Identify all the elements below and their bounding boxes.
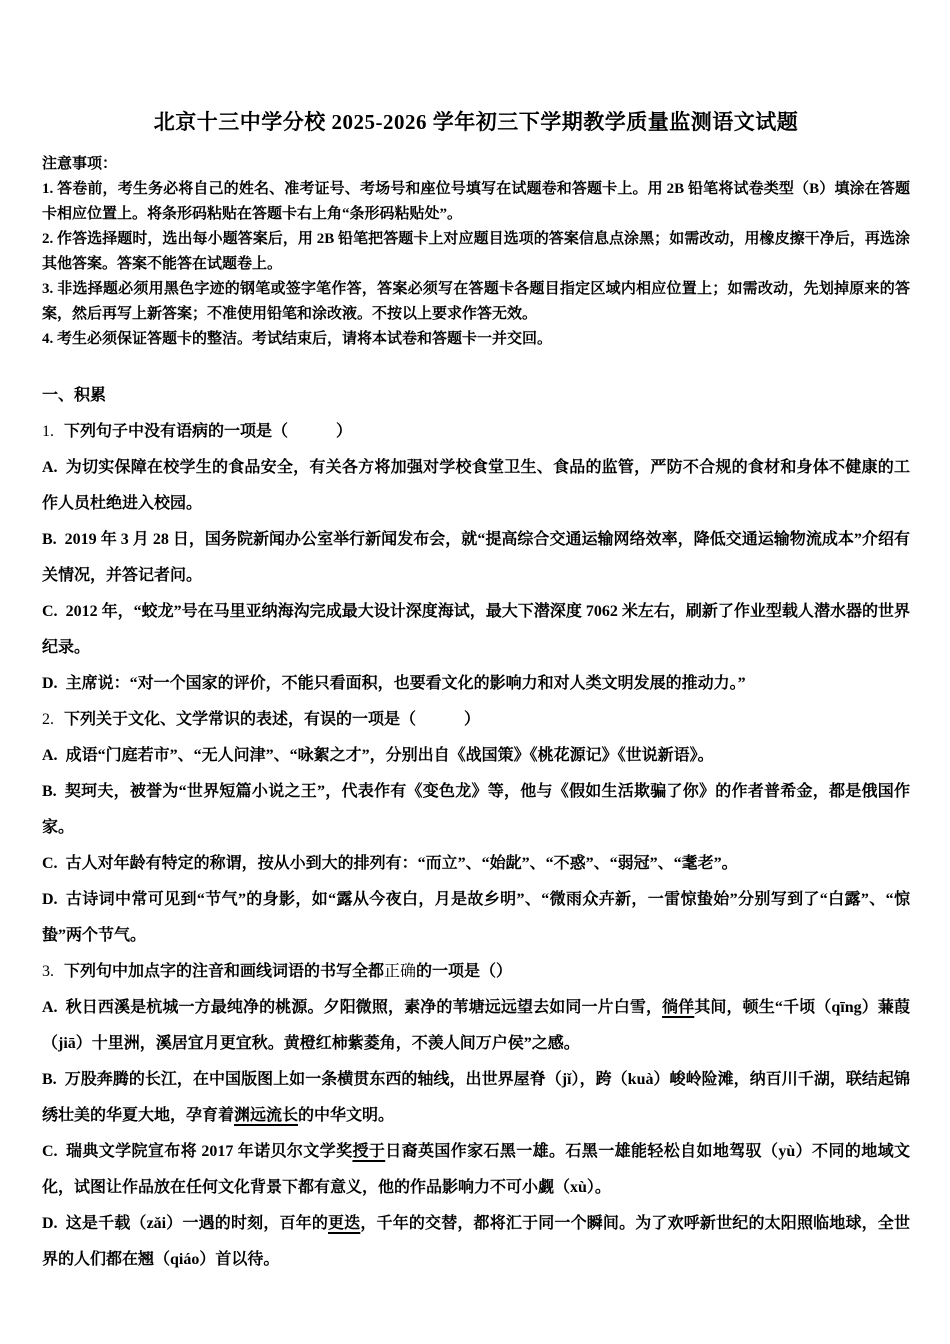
question-3-stem: 3.下列句中加点字的注音和画线词语的书写全都正确的一项是（） — [42, 954, 910, 990]
question-1-stem: 1.下列句子中没有语病的一项是（ ） — [42, 414, 910, 450]
option-b-text: 2019 年 3 月 28 日，国务院新闻办公室举行新闻发布会，就“提高综合交通… — [42, 531, 910, 584]
option-a-text: 成语“门庭若市”、“无人问津”、“咏絮之才”，分别出自《战国策》《桃花源记》《世… — [66, 747, 714, 764]
question-2-option-d: D.古诗词中常可见到“节气”的身影，如“露从今夜白，月是故乡明”、“微雨众卉新，… — [42, 882, 910, 954]
option-d-text: 古诗词中常可见到“节气”的身影，如“露从今夜白，月是故乡明”、“微雨众卉新，一雷… — [42, 891, 910, 944]
option-b-label: B. — [42, 1071, 57, 1088]
notice-item-1: 1. 答卷前，考生务必将自己的姓名、准考证号、考场号和座位号填写在试题卷和答题卡… — [42, 177, 910, 227]
option-a-label: A. — [42, 999, 58, 1016]
question-2-option-a: A.成语“门庭若市”、“无人问津”、“咏絮之才”，分别出自《战国策》《桃花源记》… — [42, 738, 910, 774]
notice-item-4: 4. 考生必须保证答题卡的整洁。考试结束后，请将本试卷和答题卡一并交回。 — [42, 327, 910, 352]
question-2-stem: 2.下列关于文化、文学常识的表述，有误的一项是（ ） — [42, 702, 910, 738]
question-3-number: 3. — [42, 963, 54, 980]
option-b-text: 契珂夫，被誉为“世界短篇小说之王”，代表作有《变色龙》等，他与《假如生活欺骗了你… — [42, 783, 910, 836]
option-a-text: 为切实保障在校学生的食品安全，有关各方将加强对学校食堂卫生、食品的监管，严防不合… — [42, 459, 910, 512]
question-3-stem-text: 下列句中加点字的注音和画线词语的书写全都正确的一项是（） — [64, 963, 512, 980]
question-3-option-b: B.万股奔腾的长江，在中国版图上如一条横贯东西的轴线，出世界屋脊（jǐ），跨（k… — [42, 1062, 910, 1134]
question-3-option-c: C.瑞典文学院宣布将 2017 年诺贝尔文学奖授于日裔英国作家石黑一雄。石黑一雄… — [42, 1134, 910, 1206]
question-1-option-c: C.2012 年，“蛟龙”号在马里亚纳海沟完成最大设计深度海试，最大下潜深度 7… — [42, 594, 910, 666]
page-title: 北京十三中学分校 2025-2026 学年初三下学期教学质量监测语文试题 — [42, 108, 910, 136]
question-1-stem-text: 下列句子中没有语病的一项是（ ） — [64, 423, 352, 440]
question-2-number: 2. — [42, 711, 54, 728]
option-b-label: B. — [42, 531, 57, 548]
option-c-label: C. — [42, 603, 58, 620]
option-d-text: 这是千载（zǎi）一遇的时刻，百年的更迭，千年的交替，都将汇于同一个瞬间。为了欢… — [42, 1215, 910, 1268]
option-a-label: A. — [42, 747, 58, 764]
option-d-label: D. — [42, 891, 58, 908]
option-d-label: D. — [42, 675, 58, 692]
option-d-text: 主席说：“对一个国家的评价，不能只看面积，也要看文化的影响力和对人类文明发展的推… — [66, 675, 746, 692]
question-1-option-b: B.2019 年 3 月 28 日，国务院新闻办公室举行新闻发布会，就“提高综合… — [42, 522, 910, 594]
option-c-text: 瑞典文学院宣布将 2017 年诺贝尔文学奖授于日裔英国作家石黑一雄。石黑一雄能轻… — [42, 1143, 910, 1196]
notice-section: 注意事项： 1. 答卷前，考生务必将自己的姓名、准考证号、考场号和座位号填写在试… — [42, 152, 910, 352]
notice-item-3: 3. 非选择题必须用黑色字迹的钢笔或签字笔作答，答案必须写在答题卡各题目指定区域… — [42, 277, 910, 327]
question-3: 3.下列句中加点字的注音和画线词语的书写全都正确的一项是（） A.秋日西溪是杭城… — [42, 954, 910, 1278]
option-c-label: C. — [42, 1143, 58, 1160]
notice-heading: 注意事项： — [42, 152, 910, 177]
option-b-label: B. — [42, 783, 57, 800]
exam-paper-page: 北京十三中学分校 2025-2026 学年初三下学期教学质量监测语文试题 注意事… — [0, 0, 950, 1344]
option-c-label: C. — [42, 855, 58, 872]
option-b-text: 万股奔腾的长江，在中国版图上如一条横贯东西的轴线，出世界屋脊（jǐ），跨（kuà… — [42, 1071, 910, 1124]
question-1-option-a: A.为切实保障在校学生的食品安全，有关各方将加强对学校食堂卫生、食品的监管，严防… — [42, 450, 910, 522]
question-1-number: 1. — [42, 423, 54, 440]
section-heading: 一、积累 — [42, 378, 910, 414]
option-a-text: 秋日西溪是杭城一方最纯净的桃源。夕阳微照，素净的苇塘远远望去如同一片白雪，徜佯其… — [42, 999, 910, 1052]
option-c-text: 古人对年龄有特定的称谓，按从小到大的排列有：“而立”、“始龀”、“不惑”、“弱冠… — [66, 855, 738, 872]
question-2-stem-text: 下列关于文化、文学常识的表述，有误的一项是（ ） — [64, 711, 480, 728]
question-1-option-d: D.主席说：“对一个国家的评价，不能只看面积，也要看文化的影响力和对人类文明发展… — [42, 666, 910, 702]
option-d-label: D. — [42, 1215, 58, 1232]
question-2: 2.下列关于文化、文学常识的表述，有误的一项是（ ） A.成语“门庭若市”、“无… — [42, 702, 910, 954]
option-a-label: A. — [42, 459, 58, 476]
notice-item-2: 2. 作答选择题时，选出每小题答案后，用 2B 铅笔把答题卡上对应题目选项的答案… — [42, 227, 910, 277]
question-3-option-a: A.秋日西溪是杭城一方最纯净的桃源。夕阳微照，素净的苇塘远远望去如同一片白雪，徜… — [42, 990, 910, 1062]
option-c-text: 2012 年，“蛟龙”号在马里亚纳海沟完成最大设计深度海试，最大下潜深度 706… — [42, 603, 910, 656]
question-2-option-c: C.古人对年龄有特定的称谓，按从小到大的排列有：“而立”、“始龀”、“不惑”、“… — [42, 846, 910, 882]
question-3-option-d: D.这是千载（zǎi）一遇的时刻，百年的更迭，千年的交替，都将汇于同一个瞬间。为… — [42, 1206, 910, 1278]
question-2-option-b: B.契珂夫，被誉为“世界短篇小说之王”，代表作有《变色龙》等，他与《假如生活欺骗… — [42, 774, 910, 846]
question-1: 1.下列句子中没有语病的一项是（ ） A.为切实保障在校学生的食品安全，有关各方… — [42, 414, 910, 702]
